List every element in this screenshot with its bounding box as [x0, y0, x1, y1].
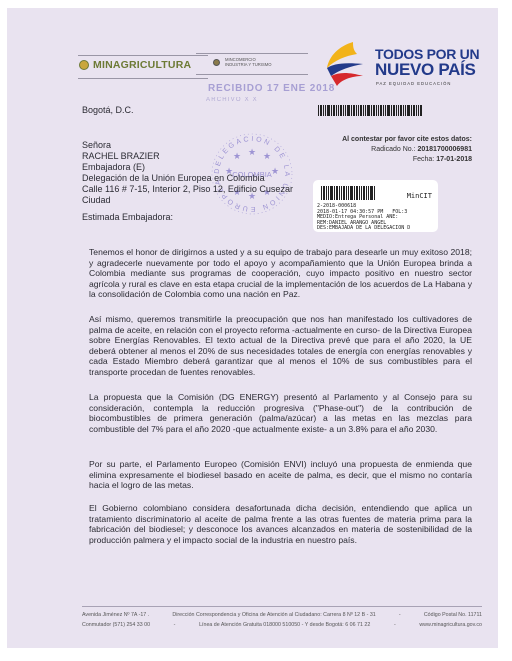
footer-address: Avenida Jiménez Nº 7A -17 .: [82, 612, 149, 618]
barcode-bar: [376, 105, 377, 116]
footer-hotline: Línea de Atención Gratuita 018000 510050…: [199, 622, 370, 628]
barcode-bar: [348, 186, 349, 200]
letter-city: Bogotá, D.C.: [82, 105, 134, 116]
radicado-number-label: Radicado No.:: [371, 146, 415, 153]
barcode-bar: [356, 186, 358, 200]
barcode-bar: [339, 186, 340, 200]
mincit-filing-label: MinCIT 2-2018-000618 2018-01-17 04:30:57…: [313, 180, 438, 232]
mincomercio-logo-text: MINCOMERCIO INDUSTRIA Y TURISMO: [225, 58, 275, 67]
barcode-bar: [334, 186, 335, 200]
barcode-bar: [336, 105, 337, 116]
barcode-bar: [321, 186, 322, 200]
footer-correspondence: Dirección Correspondencia y Oficina de A…: [172, 612, 375, 618]
barcode-bar: [359, 186, 360, 200]
barcode-bar: [350, 186, 353, 200]
recipient-city: Ciudad: [82, 195, 111, 206]
barcode-bar: [387, 105, 390, 116]
minagricultura-logo: MINAGRICULTURA: [79, 59, 191, 71]
footer-separator: -: [394, 622, 396, 628]
barcode-bar: [368, 186, 369, 200]
barcode-bar: [331, 105, 332, 116]
barcode-bar: [398, 105, 399, 116]
barcode-bar: [374, 186, 375, 200]
radicado-date: Fecha: 17-01-2018: [413, 156, 472, 163]
received-stamp: RECIBIDO 17 ENE 2018: [208, 83, 335, 94]
footer-separator: -: [174, 622, 176, 628]
footer-rule: [82, 606, 482, 607]
radicado-number-value: 20181700006981: [417, 146, 472, 153]
barcode-bar: [365, 105, 366, 116]
barcode-bar: [393, 105, 395, 116]
barcode-bar: [358, 105, 359, 116]
barcode-bar: [420, 105, 422, 116]
barcode-bar: [405, 105, 406, 116]
barcode-bar: [367, 105, 370, 116]
footer-separator: -: [399, 612, 401, 618]
barcode-bar: [416, 105, 417, 116]
barcode-bar: [363, 105, 364, 116]
barcode-bar: [380, 105, 382, 116]
barcode-bar: [385, 105, 386, 116]
footer-line-2: Conmutador (571) 254 33 00 - Línea de At…: [82, 622, 482, 628]
barcode-bar: [343, 186, 345, 200]
recipient-salutation: Señora: [82, 140, 111, 151]
barcode-bar: [338, 105, 339, 116]
letter-paragraph-5: El Gobierno colombiano considera desafor…: [89, 503, 472, 545]
slogan-line-3: PAZ EQUIDAD EDUCACIÓN: [376, 81, 451, 86]
barcode-bar: [356, 105, 357, 116]
letter-greeting: Estimada Embajadora:: [82, 212, 173, 223]
barcode-bar: [373, 105, 375, 116]
coat-of-arms-icon: [213, 59, 220, 66]
barcode-bar: [383, 105, 384, 116]
barcode-bar: [323, 186, 325, 200]
barcode-bar: [333, 105, 335, 116]
mincit-label-details: 2-2018-000618 2018-01-17 04:30:57 PM FOL…: [317, 204, 410, 232]
barcode-bar: [336, 186, 338, 200]
barcode-bar: [346, 186, 347, 200]
barcode-bar: [327, 105, 330, 116]
barcode-bar: [328, 186, 329, 200]
barcode-bar: [341, 186, 342, 200]
recipient-title: Embajadora (E): [82, 162, 145, 173]
mincomercio-logo: MINCOMERCIO INDUSTRIA Y TURISMO: [213, 58, 275, 67]
barcode-bar: [330, 186, 333, 200]
barcode-bar: [418, 105, 419, 116]
letter-paragraph-2: Así mismo, queremos transmitirle la preo…: [89, 314, 472, 378]
barcode-bar: [351, 105, 352, 116]
barcode-bar: [413, 105, 415, 116]
barcode-bar: [361, 186, 362, 200]
svg-text:★: ★: [263, 152, 271, 162]
barcode-bar: [407, 105, 410, 116]
mincit-label-title: MinCIT: [407, 192, 432, 200]
todos-por-un-nuevo-pais-logo: TODOS POR UN NUEVO PAÍS PAZ EQUIDAD EDUC…: [323, 38, 493, 92]
radicado-number: Radicado No.: 20181700006981: [371, 146, 472, 153]
barcode-bar: [371, 105, 372, 116]
minagricultura-logo-text: MINAGRICULTURA: [93, 59, 191, 71]
mincit-barcode: [321, 186, 376, 200]
barcode-bar: [354, 186, 355, 200]
svg-text:★: ★: [248, 148, 256, 158]
radicado-instruction: Al contestar por favor cite estos datos:: [342, 136, 472, 143]
footer-line-1: Avenida Jiménez Nº 7A -17 . Dirección Co…: [82, 612, 482, 618]
svg-text:★: ★: [271, 167, 279, 177]
barcode-bar: [323, 105, 324, 116]
barcode-bar: [360, 105, 362, 116]
letter-paragraph-1: Tenemos el honor de dirigirnos a usted y…: [89, 247, 472, 300]
barcode-bar: [318, 105, 319, 116]
barcode-bar: [370, 186, 373, 200]
footer-postal-code: Código Postal No. 11711: [424, 612, 482, 618]
barcode-bar: [366, 186, 367, 200]
recipient-name: RACHEL BRAZIER: [82, 151, 160, 162]
letter-paragraph-3: La propuesta que la Comisión (DG ENERGY)…: [89, 392, 472, 434]
slogan-line-2: NUEVO PAÍS: [375, 60, 476, 80]
radicado-date-value: 17-01-2018: [436, 156, 472, 163]
barcode-bar: [345, 105, 346, 116]
barcode-bar: [391, 105, 392, 116]
header-rule: [78, 55, 208, 56]
radicado-date-label: Fecha:: [413, 156, 434, 163]
barcode-bar: [363, 186, 365, 200]
recipient-organization: Delegación de la Unión Europea en Colomb…: [82, 173, 265, 184]
svg-text:★: ★: [233, 152, 241, 162]
barcode-bar: [353, 105, 355, 116]
header-rule: [196, 53, 308, 54]
barcode-bar: [325, 105, 326, 116]
barcode-bar: [396, 105, 397, 116]
coat-of-arms-icon: [79, 60, 89, 70]
radicado-barcode: [318, 105, 423, 116]
recipient-address: Calle 116 # 7-15, Interior 2, Piso 12, E…: [82, 184, 293, 195]
barcode-bar: [400, 105, 402, 116]
colombia-flag-swoosh-icon: [323, 40, 365, 88]
barcode-bar: [340, 105, 342, 116]
barcode-bar: [326, 186, 327, 200]
barcode-bar: [347, 105, 350, 116]
barcode-bar: [411, 105, 412, 116]
letter-paragraph-4: Por su parte, el Parlamento Europeo (Com…: [89, 459, 472, 491]
received-stamp-sub: ARCHIVO X X: [206, 97, 258, 103]
barcode-bar: [343, 105, 344, 116]
header-rule: [78, 78, 208, 79]
barcode-bar: [378, 105, 379, 116]
footer-switchboard: Conmutador (571) 254 33 00: [82, 622, 150, 628]
barcode-bar: [403, 105, 404, 116]
footer-website-link[interactable]: www.minagricultura.gov.co: [419, 622, 482, 628]
header-rule: [196, 74, 308, 75]
barcode-bar: [320, 105, 322, 116]
